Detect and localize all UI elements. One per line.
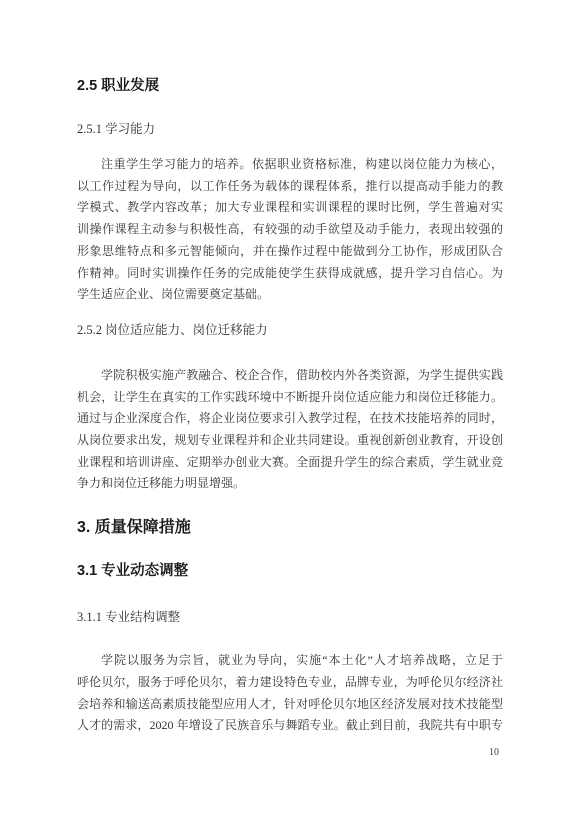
paragraph-learning-ability: 注重学生学习能力的培养。依据职业资格标准，构建以岗位能力为核心，以工作过程为导向… <box>77 154 503 306</box>
chapter-heading-3: 3. 质量保障措施 <box>77 516 503 539</box>
text-line: 呼伦贝尔，服务于呼伦贝尔，着力建设特色专业，品牌专业，为呼伦贝尔经济社 <box>77 672 503 694</box>
text-line: 学模式、教学内容改革；加大专业课程和实训课程的课时比例，学生普遍对实 <box>77 197 503 219</box>
paragraph-post-adaptability: 学院积极实施产教融合、校企合作，借助校内外各类资源，为学生提供实践机会，让学生在… <box>77 365 503 495</box>
text-line: 业课程和培训讲座、定期举办创业大赛。全面提升学生的综合素质，学生就业竞 <box>77 452 503 474</box>
text-line: 以工作过程为导向，以工作任务为载体的课程体系，推行以提高动手能力的教 <box>77 176 503 198</box>
text-line: 训操作课程主动参与积极性高，有较强的动手欲望及动手能力，表现出较强的 <box>77 219 503 241</box>
text-line: 注重学生学习能力的培养。依据职业资格标准，构建以岗位能力为核心， <box>77 154 503 176</box>
page-number: 10 <box>77 746 503 760</box>
section-heading-3-1: 3.1 专业动态调整 <box>77 561 503 582</box>
document-page: 2.5 职业发展 2.5.1 学习能力 注重学生学习能力的培养。依据职业资格标准… <box>0 0 580 820</box>
text-line: 学院以服务为宗旨，就业为导向，实施“本土化”人才培养战略，立足于 <box>77 650 503 672</box>
text-line: 人才的需求，2020 年增设了民族音乐与舞蹈专业。截止到目前，我院共有中职专 <box>77 715 503 737</box>
text-line: 作精神。同时实训操作任务的完成能使学生获得成就感，提升学习自信心。为 <box>77 263 503 285</box>
text-line: 机会，让学生在真实的工作实践环境中不断提升岗位适应能力和岗位迁移能力。 <box>77 387 503 409</box>
text-line: 从岗位要求出发，规划专业课程并和企业共同建设。重视创新创业教育，开设创 <box>77 430 503 452</box>
text-line: 争力和岗位迁移能力明显增强。 <box>77 473 503 495</box>
text-line: 学生适应企业、岗位需要奠定基础。 <box>77 284 503 306</box>
subsection-heading-3-1-1: 3.1.1 专业结构调整 <box>77 607 503 628</box>
subsection-heading-2-5-2: 2.5.2 岗位适应能力、岗位迁移能力 <box>77 320 503 341</box>
paragraph-major-structure-adjustment: 学院以服务为宗旨，就业为导向，实施“本土化”人才培养战略，立足于呼伦贝尔，服务于… <box>77 650 503 737</box>
text-line: 通过与企业深度合作，将企业岗位要求引入教学过程，在技术技能培养的同时， <box>77 408 503 430</box>
text-line: 学院积极实施产教融合、校企合作，借助校内外各类资源，为学生提供实践 <box>77 365 503 387</box>
section-heading-2-5: 2.5 职业发展 <box>77 76 503 97</box>
text-line: 会培养和输送高素质技能型应用人才，针对呼伦贝尔地区经济发展对技术技能型 <box>77 694 503 716</box>
subsection-heading-2-5-1: 2.5.1 学习能力 <box>77 119 503 140</box>
text-line: 形象思维特点和多元智能倾向，并在操作过程中能做到分工协作，形成团队合 <box>77 241 503 263</box>
